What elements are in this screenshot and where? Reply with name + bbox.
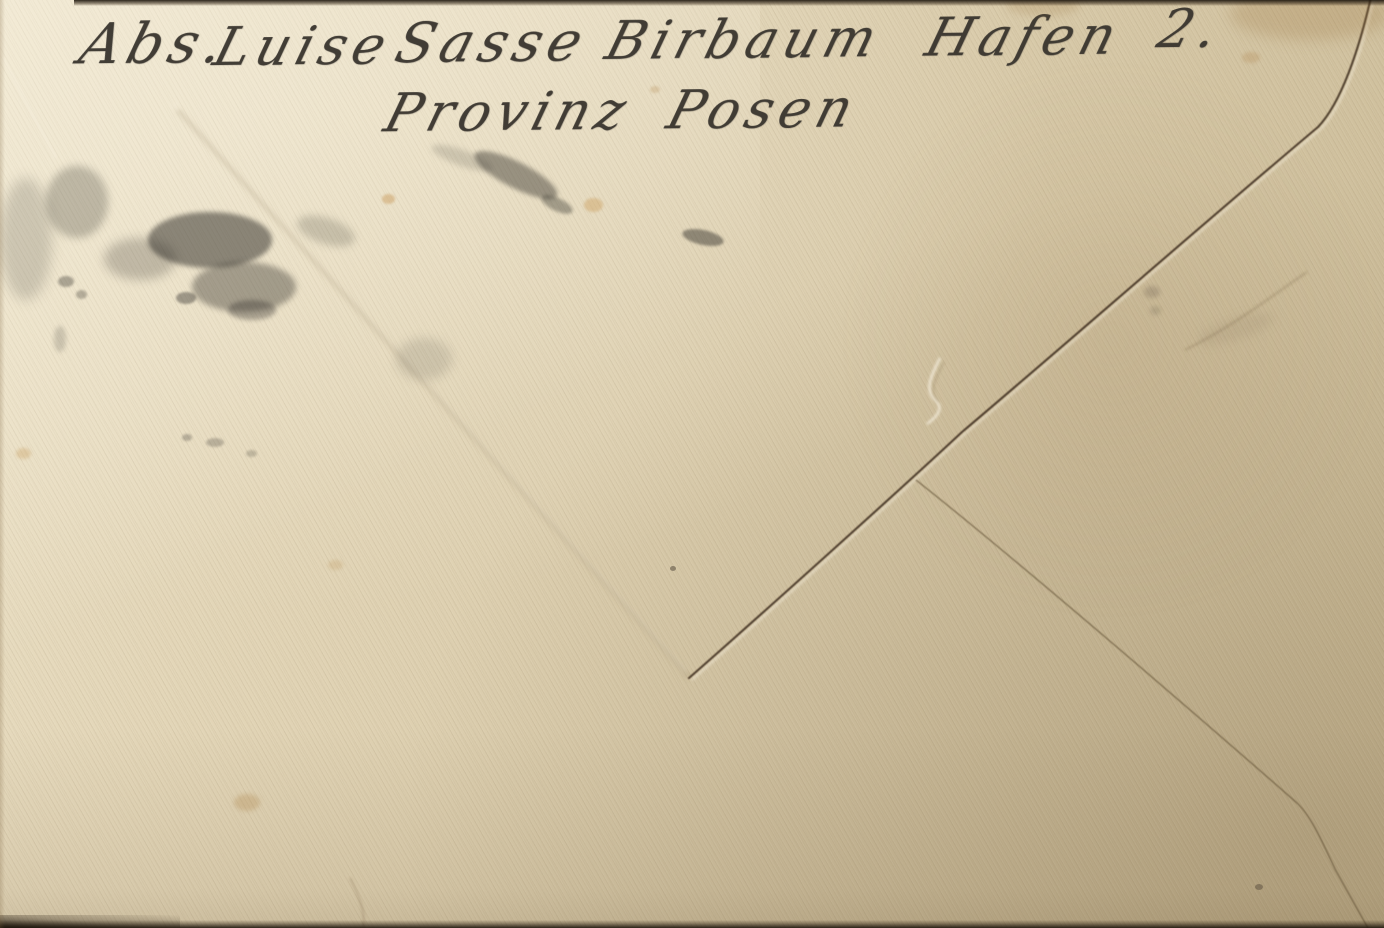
handwriting-word-luise: Luise [207,15,399,78]
handwriting-word-number: 2. [1151,0,1230,60]
handwriting-word-hafen: Hafen [919,5,1129,68]
handwriting-word-birbaum: Birbaum [599,8,889,72]
handwriting-line2: Provinz Posen [378,78,866,144]
handwriting-word-sasse: Sasse [389,9,596,75]
envelope-back-photo: Abs. Luise Sasse Birbaum Hafen 2. Provin… [0,0,1384,928]
sender-handwriting: Abs. Luise Sasse Birbaum Hafen 2. Provin… [0,0,1384,928]
